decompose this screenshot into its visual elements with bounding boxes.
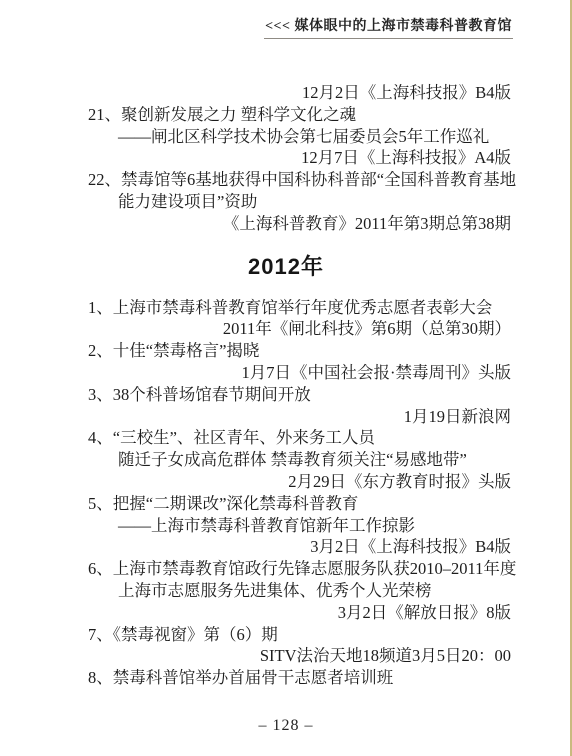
- entry-source-line: 3月2日《解放日报》8版: [0, 602, 572, 624]
- year-heading: 2012年: [0, 252, 572, 282]
- entry-title-line: 22、禁毒馆等6基地获得中国科协科普部“全国科普教育基地: [0, 169, 572, 191]
- entry-source-line: SITV法治天地18频道3月5日20：00: [0, 645, 572, 667]
- entry-subtitle-line: ——闸北区科学技术协会第七届委员会5年工作巡礼: [0, 126, 572, 148]
- entry-title-line: 8、禁毒科普馆举办首届骨干志愿者培训班: [0, 667, 572, 689]
- entry-title-continuation: 随迁子女成高危群体 禁毒教育须关注“易感地带”: [0, 449, 572, 471]
- entry-title-line: 21、聚创新发展之力 塑科学文化之魂: [0, 104, 572, 126]
- entry-title-line: 1、上海市禁毒科普教育馆举行年度优秀志愿者表彰大会: [0, 297, 572, 319]
- entry-title-line: 4、“三校生”、社区青年、外来务工人员: [0, 427, 572, 449]
- entry-title-line: 6、上海市禁毒教育馆政行先锋志愿服务队获2010–2011年度: [0, 558, 572, 580]
- page-number: – 128 –: [0, 717, 572, 735]
- entry-source-line: 1月19日新浪网: [0, 406, 572, 428]
- entry-source-line: 《上海科普教育》2011年第3期总第38期: [0, 213, 572, 235]
- entry-source-line: 3月2日《上海科技报》B4版: [0, 536, 572, 558]
- entry-title-line: 3、38个科普场馆春节期间开放: [0, 384, 572, 406]
- entry-title-line: 7、《禁毒视窗》第（6）期: [0, 624, 572, 646]
- entry-title-continuation: 能力建设项目”资助: [0, 191, 572, 213]
- entry-title-line: 2、十佳“禁毒格言”揭晓: [0, 340, 572, 362]
- content-area: 12月2日《上海科技报》B4版 21、聚创新发展之力 塑科学文化之魂 ——闸北区…: [0, 82, 572, 689]
- entry-source-line: 12月7日《上海科技报》A4版: [0, 147, 572, 169]
- header-rule: [264, 38, 513, 39]
- running-head: <<< 媒体眼中的上海市禁毒科普教育馆: [265, 15, 512, 35]
- entry-source-line: 2月29日《东方教育时报》头版: [0, 471, 572, 493]
- entry-source-line: 1月7日《中国社会报·禁毒周刊》头版: [0, 362, 572, 384]
- entry-title-continuation: 上海市志愿服务先进集体、优秀个人光荣榜: [0, 580, 572, 602]
- entry-source-line: 2011年《闸北科技》第6期（总第30期）: [0, 318, 572, 340]
- entry-subtitle-line: ——上海市禁毒科普教育馆新年工作掠影: [0, 515, 572, 537]
- entry-source-line: 12月2日《上海科技报》B4版: [0, 82, 572, 104]
- entry-title-line: 5、把握“二期课改”深化禁毒科普教育: [0, 493, 572, 515]
